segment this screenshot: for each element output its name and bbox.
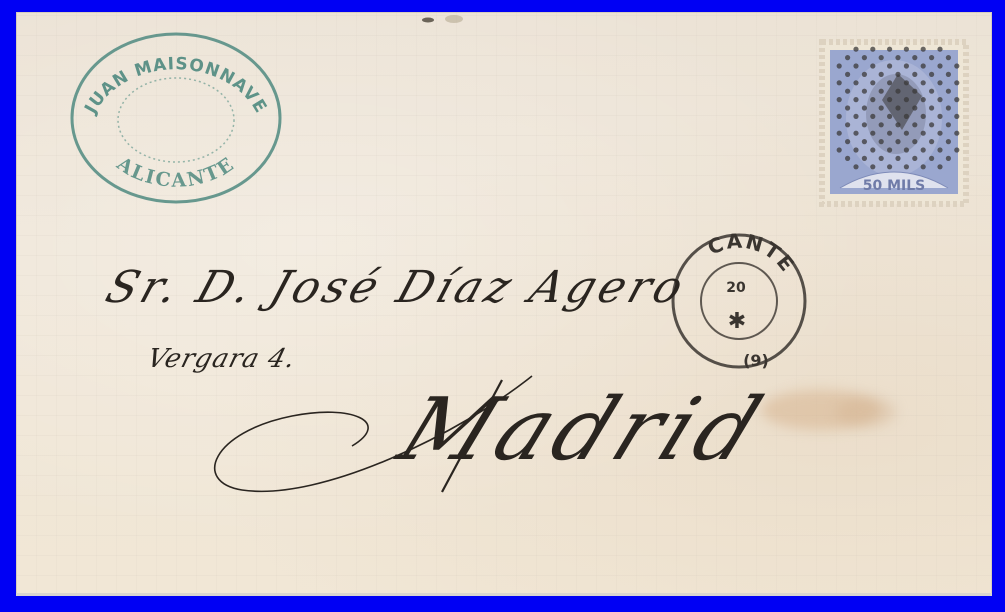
address-line-street: Vergara 4. [144, 344, 299, 374]
ink-smudge [416, 14, 466, 28]
svg-text:JUAN MAISONNAVE: JUAN MAISONNAVE [81, 54, 271, 118]
postmark-bottom: (9) [743, 351, 769, 370]
stain [836, 397, 896, 427]
postmark-star-icon: ✱ [728, 309, 746, 334]
postmark-day: 20 [726, 280, 746, 296]
svg-text:ALICANTE: ALICANTE [112, 152, 239, 192]
paper-edge [16, 593, 992, 596]
postage-stamp: 50 MILS [818, 38, 970, 208]
address-line-city: Madrid [386, 380, 780, 480]
date-postmark: CANTE 20 ✱ (9) [664, 226, 814, 376]
envelope-paper: JUAN MAISONNAVE ALICANTE 50 MILS CANTE 2… [16, 12, 992, 596]
cachet-top-text: JUAN MAISONNAVE [81, 54, 271, 118]
address-line-recipient: Sr. D. José Díaz Agero [100, 262, 694, 313]
stamp-value: 50 MILS [863, 178, 926, 194]
cachet-bottom-text: ALICANTE [112, 152, 239, 192]
merchant-cachet: JUAN MAISONNAVE ALICANTE [68, 30, 282, 206]
